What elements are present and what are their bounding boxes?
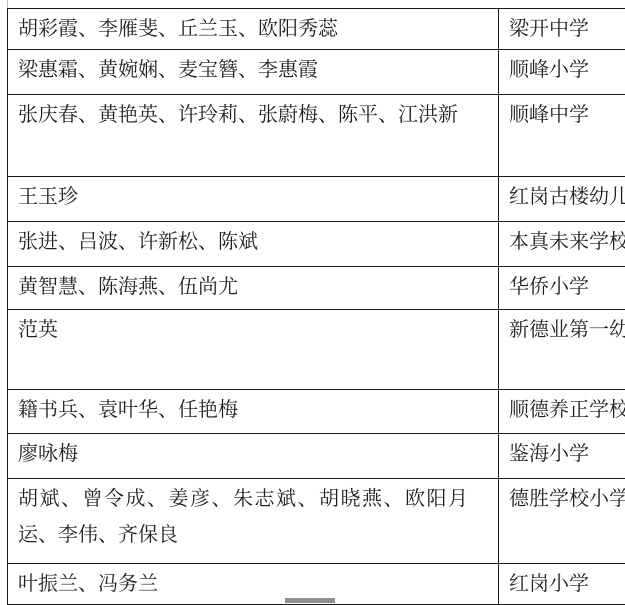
table-row: 胡斌、曾令成、姜彦、朱志斌、胡晓燕、欧阳月运、李伟、齐保良 德胜学校小学部 <box>8 479 625 564</box>
table-row: 梁惠霜、黄婉娴、麦宝簪、李惠霞 顺峰小学 <box>8 50 625 95</box>
names-cell: 范英 <box>8 310 499 390</box>
table-row: 王玉珍 红岗古楼幼儿园 <box>8 177 625 222</box>
names-cell: 胡彩霞、李雁斐、丘兰玉、欧阳秀蕊 <box>8 9 499 50</box>
school-cell: 顺峰小学 <box>499 50 625 95</box>
school-cell: 红岗古楼幼儿园 <box>499 177 625 222</box>
names-cell: 张进、吕波、许新松、陈斌 <box>8 222 499 267</box>
table-row: 张进、吕波、许新松、陈斌 本真未来学校 <box>8 222 625 267</box>
school-cell: 德胜学校小学部 <box>499 479 625 564</box>
names-cell: 籍书兵、袁叶华、任艳梅 <box>8 390 499 434</box>
school-cell: 华侨小学 <box>499 267 625 310</box>
table-gridline-artifact <box>7 0 8 8</box>
names-cell: 梁惠霜、黄婉娴、麦宝簪、李惠霞 <box>8 50 499 95</box>
table-row: 廖咏梅 鉴海小学 <box>8 434 625 479</box>
school-cell: 本真未来学校 <box>499 222 625 267</box>
school-cell: 顺峰中学 <box>499 95 625 177</box>
names-cell: 廖咏梅 <box>8 434 499 479</box>
names-cell: 叶振兰、冯务兰 <box>8 564 499 605</box>
school-cell: 红岗小学 <box>499 564 625 605</box>
names-cell: 张庆春、黄艳英、许玲莉、张蔚梅、陈平、江洪新 <box>8 95 499 177</box>
school-cell: 鉴海小学 <box>499 434 625 479</box>
names-schools-table: 胡彩霞、李雁斐、丘兰玉、欧阳秀蕊 梁开中学 梁惠霜、黄婉娴、麦宝簪、李惠霞 顺峰… <box>7 8 625 605</box>
names-cell: 胡斌、曾令成、姜彦、朱志斌、胡晓燕、欧阳月运、李伟、齐保良 <box>8 479 499 564</box>
names-cell: 王玉珍 <box>8 177 499 222</box>
names-cell: 黄智慧、陈海燕、伍尚尤 <box>8 267 499 310</box>
table-row: 张庆春、黄艳英、许玲莉、张蔚梅、陈平、江洪新 顺峰中学 <box>8 95 625 177</box>
school-cell: 梁开中学 <box>499 9 625 50</box>
school-cell: 顺德养正学校 <box>499 390 625 434</box>
school-cell: 新德业第一幼儿园 <box>499 310 625 390</box>
horizontal-scrollbar-thumb[interactable] <box>285 598 335 603</box>
table-row: 黄智慧、陈海燕、伍尚尤 华侨小学 <box>8 267 625 310</box>
table-row: 范英 新德业第一幼儿园 <box>8 310 625 390</box>
table-row: 籍书兵、袁叶华、任艳梅 顺德养正学校 <box>8 390 625 434</box>
table-row: 胡彩霞、李雁斐、丘兰玉、欧阳秀蕊 梁开中学 <box>8 9 625 50</box>
